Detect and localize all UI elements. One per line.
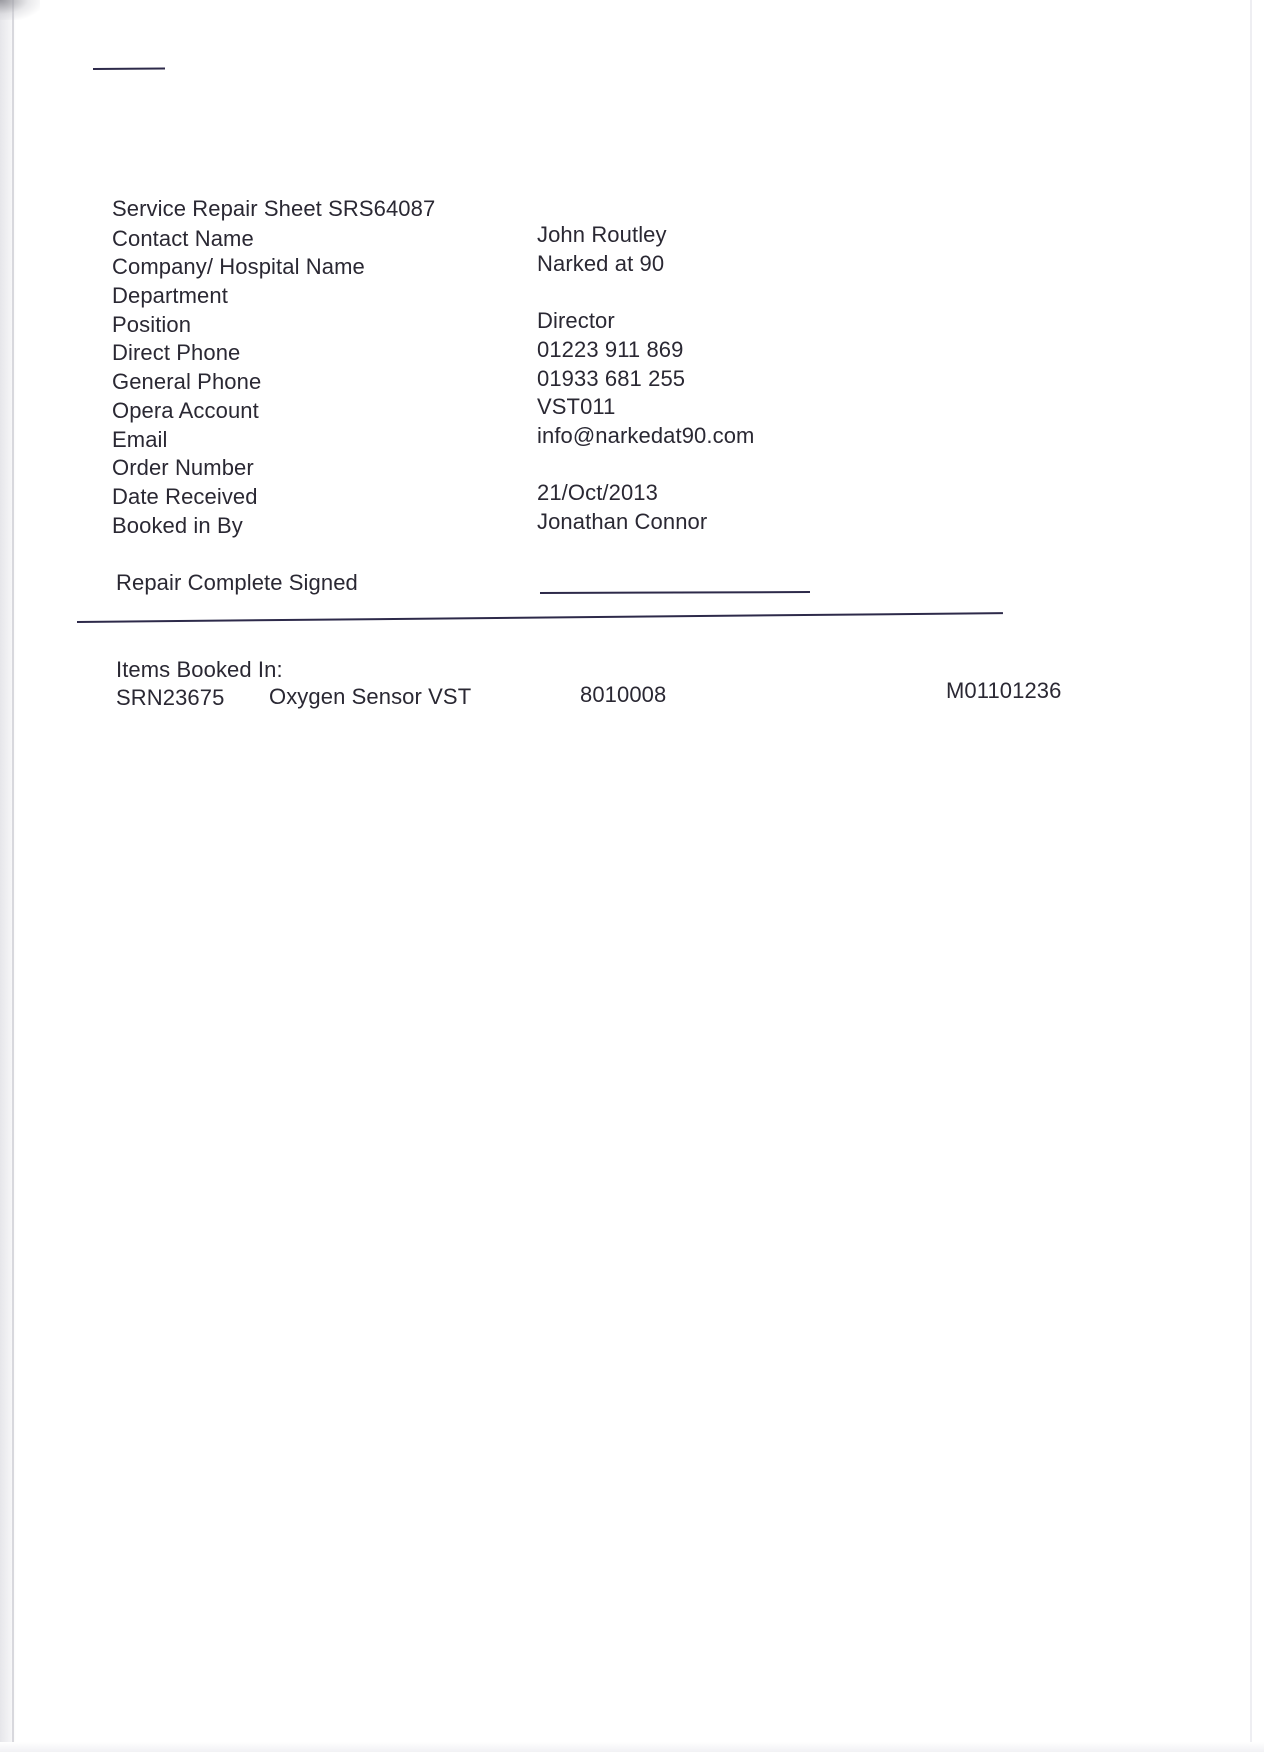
field-value-direct-phone: 01223 911 869 [537, 337, 683, 363]
signature-line [540, 591, 810, 594]
item-description: Oxygen Sensor VST [269, 684, 471, 710]
field-label-direct-phone: Direct Phone [112, 340, 240, 366]
top-dash-mark [93, 67, 165, 70]
field-value-company: Narked at 90 [537, 251, 664, 277]
field-value-opera-account: VST011 [537, 394, 615, 420]
field-value-general-phone: 01933 681 255 [537, 366, 685, 392]
field-label-company: Company/ Hospital Name [112, 254, 365, 280]
field-value-email: info@narkedat90.com [537, 423, 754, 449]
items-heading: Items Booked In: [116, 657, 283, 683]
scan-edge-left [0, 0, 16, 1752]
item-part-number: 8010008 [580, 682, 666, 708]
item-srn: SRN23675 [116, 685, 224, 711]
field-value-contact-name: John Routley [537, 222, 667, 248]
field-label-order-number: Order Number [112, 455, 254, 481]
scan-corner-shadow [0, 0, 40, 20]
field-label-contact-name: Contact Name [112, 226, 254, 252]
repair-complete-signed-label: Repair Complete Signed [116, 570, 358, 596]
field-value-date-received: 21/Oct/2013 [537, 480, 658, 506]
field-label-position: Position [112, 312, 191, 338]
section-divider [77, 612, 1003, 623]
field-label-department: Department [112, 283, 228, 309]
scan-edge-right [1250, 0, 1252, 1752]
field-label-opera-account: Opera Account [112, 398, 259, 424]
field-label-general-phone: General Phone [112, 369, 261, 395]
field-label-date-received: Date Received [112, 484, 258, 510]
field-label-booked-in-by: Booked in By [112, 513, 243, 539]
field-label-email: Email [112, 427, 168, 453]
field-value-booked-in-by: Jonathan Connor [537, 509, 707, 535]
document-title: Service Repair Sheet SRS64087 [112, 196, 435, 222]
item-serial-number: M01101236 [946, 678, 1061, 704]
scan-edge-bottom [0, 1742, 1264, 1752]
field-value-position: Director [537, 308, 615, 334]
